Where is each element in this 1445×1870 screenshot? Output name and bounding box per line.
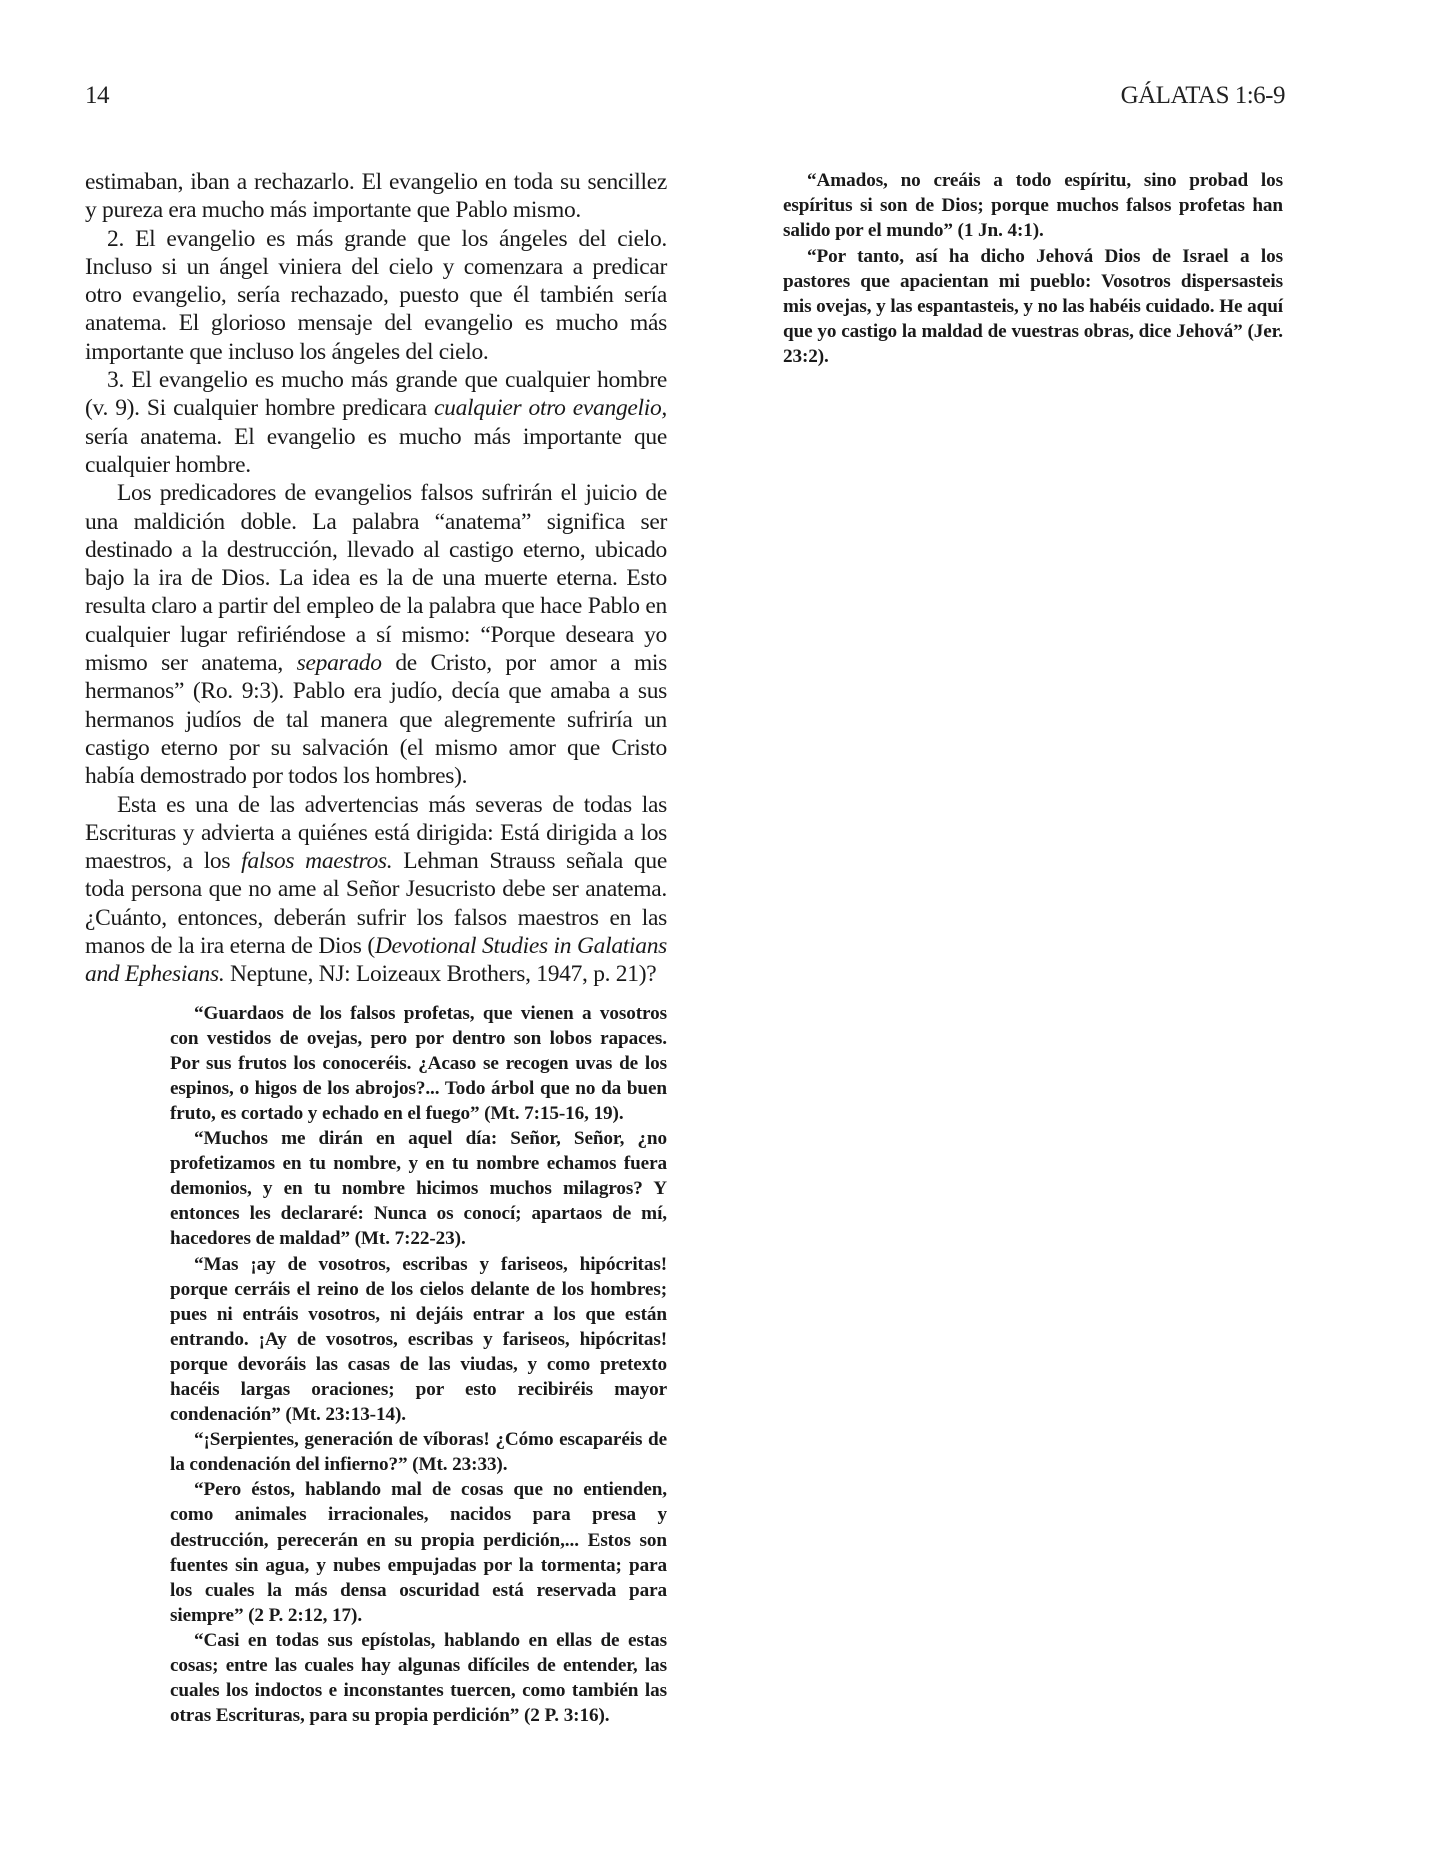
left-column: estimaban, iban a rechazarlo. El evangel…: [85, 168, 667, 1728]
italic-run: falsos maestros.: [241, 848, 392, 874]
scripture-quote: “Amados, no creáis a todo espíritu, sino…: [783, 168, 1283, 244]
scripture-quote: “¡Serpientes, generación de víboras! ¿Có…: [170, 1427, 667, 1477]
scripture-quote: “Mas ¡ay de vosotros, escribas y fariseo…: [170, 1252, 667, 1428]
right-column: “Amados, no creáis a todo espíritu, sino…: [783, 168, 1283, 370]
scripture-quote: “Casi en todas sus epístolas, hablando e…: [170, 1628, 667, 1728]
text-run: Neptune, NJ: Loizeaux Brothers, 1947, p.…: [224, 961, 656, 987]
scripture-quote: “Muchos me dirán en aquel día: Señor, Se…: [170, 1126, 667, 1251]
body-paragraph-anatema: Los predicadores de evangelios falsos su…: [85, 479, 667, 790]
text-run: Los predicadores de evangelios falsos su…: [85, 480, 667, 676]
scripture-quote: “Por tanto, así ha dicho Jehová Dios de …: [783, 244, 1283, 370]
scripture-quote: “Guardaos de los falsos profetas, que vi…: [170, 1001, 667, 1126]
body-paragraph-warning: Esta es una de las advertencias más seve…: [85, 791, 667, 989]
scripture-quote: “Pero éstos, hablando mal de cosas que n…: [170, 1477, 667, 1628]
chapter-reference: GÁLATAS 1:6-9: [1121, 82, 1285, 110]
body-paragraph-point-3: 3. El evangelio es mucho más grande que …: [85, 366, 667, 479]
text-run: sería anatema. El evangelio es mucho más…: [85, 424, 667, 478]
body-paragraph-point-2: 2. El evangelio es más grande que los án…: [85, 225, 667, 366]
scripture-quote-block: “Guardaos de los falsos profetas, que vi…: [170, 1001, 667, 1729]
body-paragraph: estimaban, iban a rechazarlo. El evangel…: [85, 168, 667, 225]
italic-run: separado: [297, 650, 382, 676]
page-number: 14: [85, 82, 109, 110]
italic-run: cualquier otro evangelio,: [434, 395, 667, 421]
